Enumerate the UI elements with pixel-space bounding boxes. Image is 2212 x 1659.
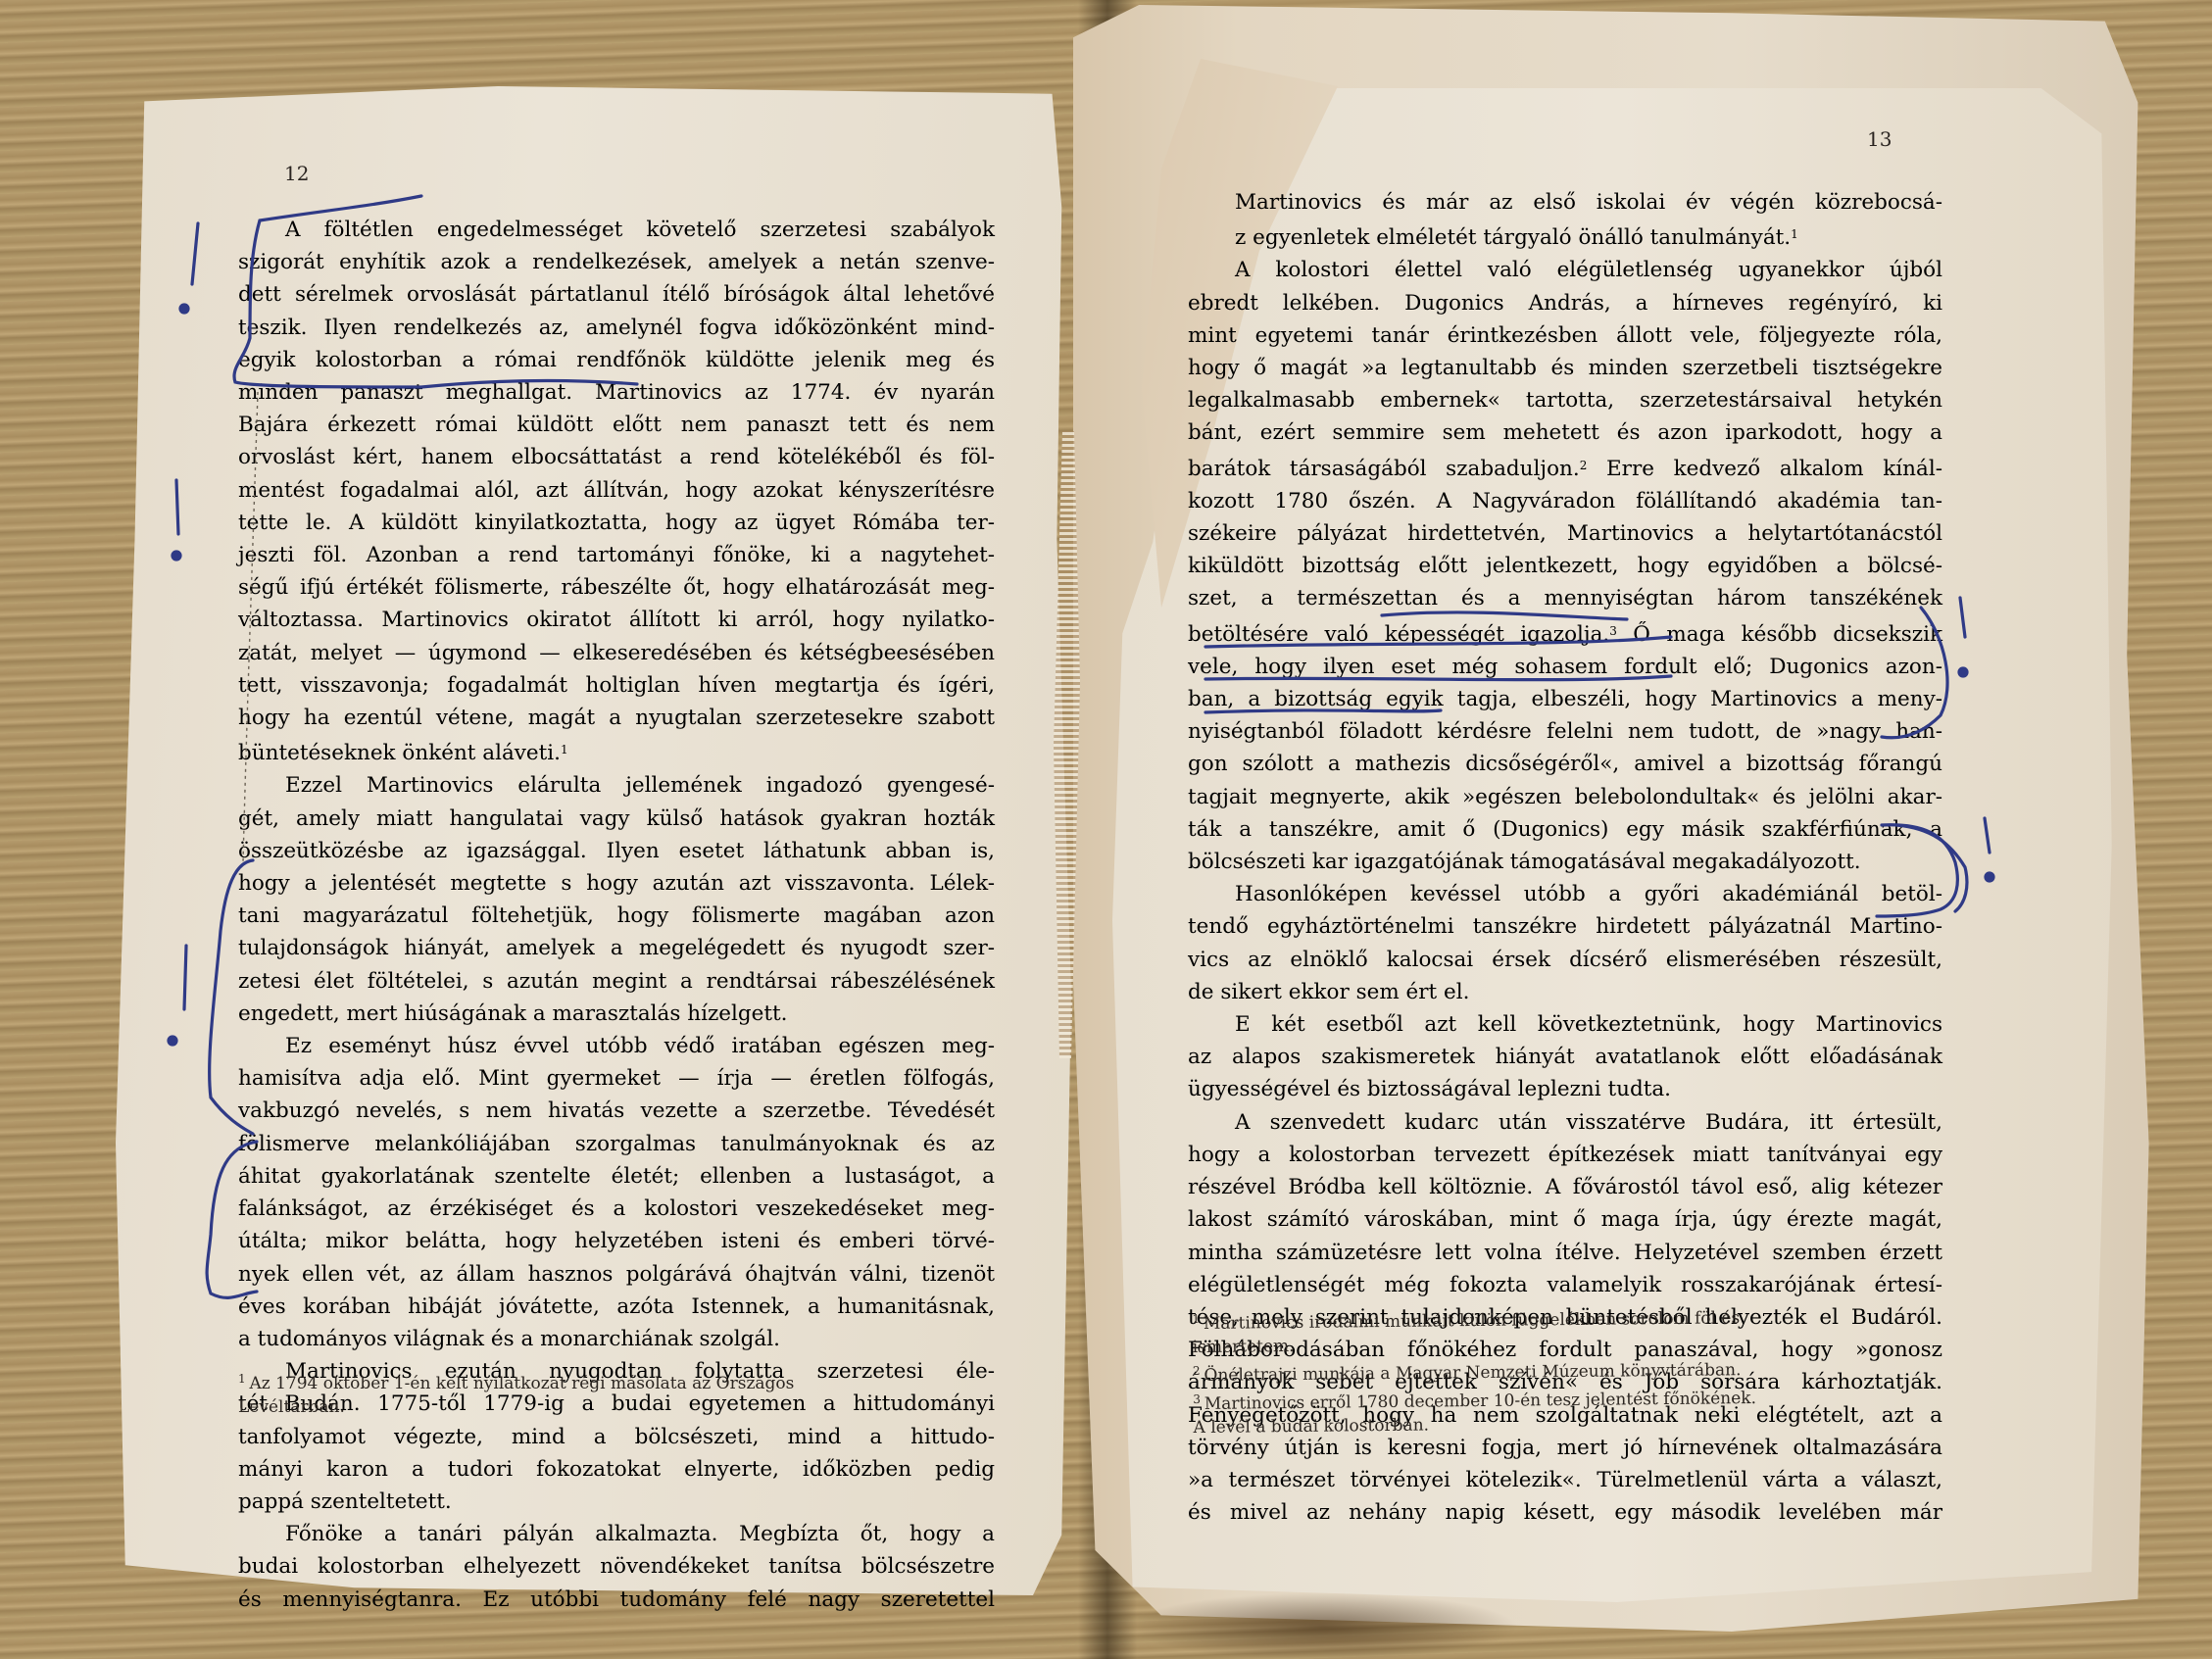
footnote-line: Levéltárban.: [238, 1395, 995, 1419]
text-line: betöltésére való képességét igazolja.3 Ő…: [1188, 615, 1942, 651]
text-line: teszik. Ilyen rendelkezés az, amelynél f…: [238, 312, 995, 344]
text-line: elégületlenségét még fokozta valamelyik …: [1188, 1269, 1942, 1301]
text-line: tulajdonságok hiányát, amelyek a megelég…: [238, 932, 995, 964]
text-line: áhitat gyakorlatának szentelte életét; e…: [238, 1160, 995, 1193]
footnote-marker: 1: [1791, 227, 1798, 241]
text-line: A szenvedett kudarc után visszatérve Bud…: [1188, 1106, 1942, 1139]
text-line: hamisítva adja elő. Mint gyermeket — írj…: [238, 1062, 995, 1095]
page-number-right: 13: [1867, 127, 1892, 151]
page-number-left: 12: [284, 162, 309, 185]
text-line: szigorát enyhítik azok a rendelkezések, …: [238, 246, 995, 278]
text-line: Ez eseményt húsz évvel utóbb védő iratáb…: [238, 1030, 995, 1062]
text-line: A föltétlen engedelmességet követelő sze…: [238, 214, 995, 246]
text-line: tagjait megnyerte, akik »egészen belebol…: [1188, 781, 1942, 813]
text-line: hogy ha ezentúl vétene, magát a nyugtala…: [238, 702, 995, 734]
text-line: pappá szenteltetett.: [238, 1486, 995, 1518]
text-line: budai kolostorban elhelyezett növendékek…: [238, 1550, 995, 1583]
text-line: Főnöke a tanári pályán alkalmazta. Megbí…: [238, 1518, 995, 1550]
text-line: tanfolyamot végezte, mind a bölcsészeti,…: [238, 1421, 995, 1453]
text-line: Martinovics és már az első iskolai év vé…: [1188, 186, 1942, 219]
footnote-marker: 1: [561, 743, 568, 756]
text-line: hogy ő magát »a legtanultabb és minden s…: [1188, 352, 1942, 384]
text-line: Bajára érkezett római küldött előtt nem …: [238, 409, 995, 441]
text-line: és mennyiségtanra. Ez utóbbi tudomány fe…: [238, 1584, 995, 1616]
text-line: kozott 1780 őszén. A Nagyváradon fölállí…: [1188, 485, 1942, 517]
text-line: a tudományos világnak és a monarchiának …: [238, 1323, 995, 1355]
text-line: A kolostori élettel való elégületlenség …: [1188, 254, 1942, 286]
text-line: tendő egyháztörténelmi tanszékre hirdete…: [1188, 910, 1942, 943]
text-line: útálta; mikor belátta, hogy helyzetében …: [238, 1225, 995, 1257]
right-page-footnotes: 1 Martinovics irodalmi munkáit külön füg…: [1192, 1299, 1947, 1439]
text-line: vakbuzgó nevelés, s nem hivatás vezette …: [238, 1095, 995, 1127]
text-line: dett sérelmek orvoslását pártatlanul íté…: [238, 278, 995, 311]
text-line: tette le. A küldött kinyilatkoztatta, ho…: [238, 507, 995, 539]
text-line: ségű ifjú értékét fölismerte, rábeszélte…: [238, 571, 995, 604]
text-line: orvoslást kért, hanem elbocsáttatást a r…: [238, 441, 995, 473]
text-line: Ezzel Martinovics elárulta jellemének in…: [238, 769, 995, 802]
text-line: z egyenletek elméletét tárgyaló önálló t…: [1188, 219, 1942, 254]
text-line: részével Bródba kell költöznie. A főváro…: [1188, 1171, 1942, 1203]
text-line: barátok társaságából szabaduljon.2 Erre …: [1188, 450, 1942, 485]
text-line: zetesi élet föltételei, s azután megint …: [238, 965, 995, 998]
text-line: gon szólott a mathezis dicsőségéről«, am…: [1188, 748, 1942, 780]
footnote-line: 1 Az 1794 október 1-én kelt nyilatkozat …: [238, 1367, 995, 1395]
text-line: hogy a jelentését megtette s hogy azután…: [238, 867, 995, 900]
text-line: mintha számüzetésre lett volna ítélve. H…: [1188, 1237, 1942, 1269]
footnote-marker: 2: [1580, 459, 1588, 472]
text-line: de sikert ekkor sem ért el.: [1188, 976, 1942, 1008]
text-line: székeire pályázat hirdettetvén, Martinov…: [1188, 517, 1942, 550]
text-line: engedett, mert hiúságának a marasztalás …: [238, 998, 995, 1030]
text-line: nyiségtanból föladott kérdésre felelni n…: [1188, 715, 1942, 748]
text-line: éves korában hibáját jóvátette, azóta Is…: [238, 1291, 995, 1323]
text-line: tani magyarázatul föltehetjük, hogy föli…: [238, 900, 995, 932]
text-line: ügyességével és biztosságával leplezni t…: [1188, 1073, 1942, 1105]
text-line: egyik kolostorban a római rendfőnök küld…: [238, 344, 995, 376]
text-line: bánt, ezért semmire sem mehetett és azon…: [1188, 416, 1942, 449]
text-line: ebredt lelkében. Dugonics András, a hírn…: [1188, 287, 1942, 319]
text-line: változtassa. Martinovics okiratot állíto…: [238, 604, 995, 636]
text-line: ták a tanszékre, amit ő (Dugonics) egy m…: [1188, 813, 1942, 846]
text-line: Hasonlóképen kevéssel utóbb a győri akad…: [1188, 878, 1942, 910]
text-line: hogy a kolostorban tervezett építkezések…: [1188, 1139, 1942, 1171]
text-line: fölismerve melankóliájában szorgalmas ta…: [238, 1128, 995, 1160]
text-line: gét, amely miatt hangulatai vagy külső h…: [238, 803, 995, 835]
text-line: összeütközésbe az igazsággal. Ilyen eset…: [238, 835, 995, 867]
text-line: minden panaszt meghallgat. Martinovics a…: [238, 376, 995, 409]
text-line: bölcsészeti kar igazgatójának támogatásá…: [1188, 846, 1942, 878]
text-line: falánkságot, az érzékiséget és a kolosto…: [238, 1193, 995, 1225]
left-page-footnotes: 1 Az 1794 október 1-én kelt nyilatkozat …: [238, 1367, 995, 1419]
text-line: szet, a természettan és a mennyiségtan h…: [1188, 582, 1942, 614]
footnote-marker: 3: [1609, 624, 1617, 638]
text-line: jeszti föl. Azonban a rend tartományi fő…: [238, 539, 995, 571]
bottom-shadow: [1127, 1592, 1519, 1659]
text-line: mint egyetemi tanár érintkezésben állott…: [1188, 319, 1942, 352]
text-line: »a természet törvényei kötelezik«. Türel…: [1188, 1464, 1942, 1496]
text-line: és mivel az nehány napig késett, egy más…: [1188, 1496, 1942, 1529]
text-line: kiküldött bizottság előtt jelentkezett, …: [1188, 550, 1942, 582]
text-line: zatát, melyet — úgymond — elkeseredésébe…: [238, 637, 995, 669]
text-line: vics az elnöklő kalocsai érsek dícsérő e…: [1188, 944, 1942, 976]
text-line: lakost számító városkában, mint ő maga í…: [1188, 1203, 1942, 1236]
text-line: ban, a bizottság egyik tagja, elbeszéli,…: [1188, 683, 1942, 715]
text-line: mányi karon a tudori fokozatokat elnyert…: [238, 1453, 995, 1486]
text-line: az alapos szakismeretek hiányát avatatla…: [1188, 1041, 1942, 1073]
text-line: vele, hogy ilyen eset még sohasem fordul…: [1188, 651, 1942, 683]
text-line: E két esetből azt kell következtetnünk, …: [1188, 1008, 1942, 1041]
text-line: mentést fogadalmai alól, azt állítván, h…: [238, 474, 995, 507]
text-line: nyek ellen vét, az állam hasznos polgárá…: [238, 1258, 995, 1291]
text-line: tett, visszavonja; fogadalmát holtiglan …: [238, 669, 995, 702]
text-line: legalkalmasabb embernek« tartotta, szerz…: [1188, 384, 1942, 416]
text-line: büntetéseknek önként aláveti.1: [238, 734, 995, 769]
